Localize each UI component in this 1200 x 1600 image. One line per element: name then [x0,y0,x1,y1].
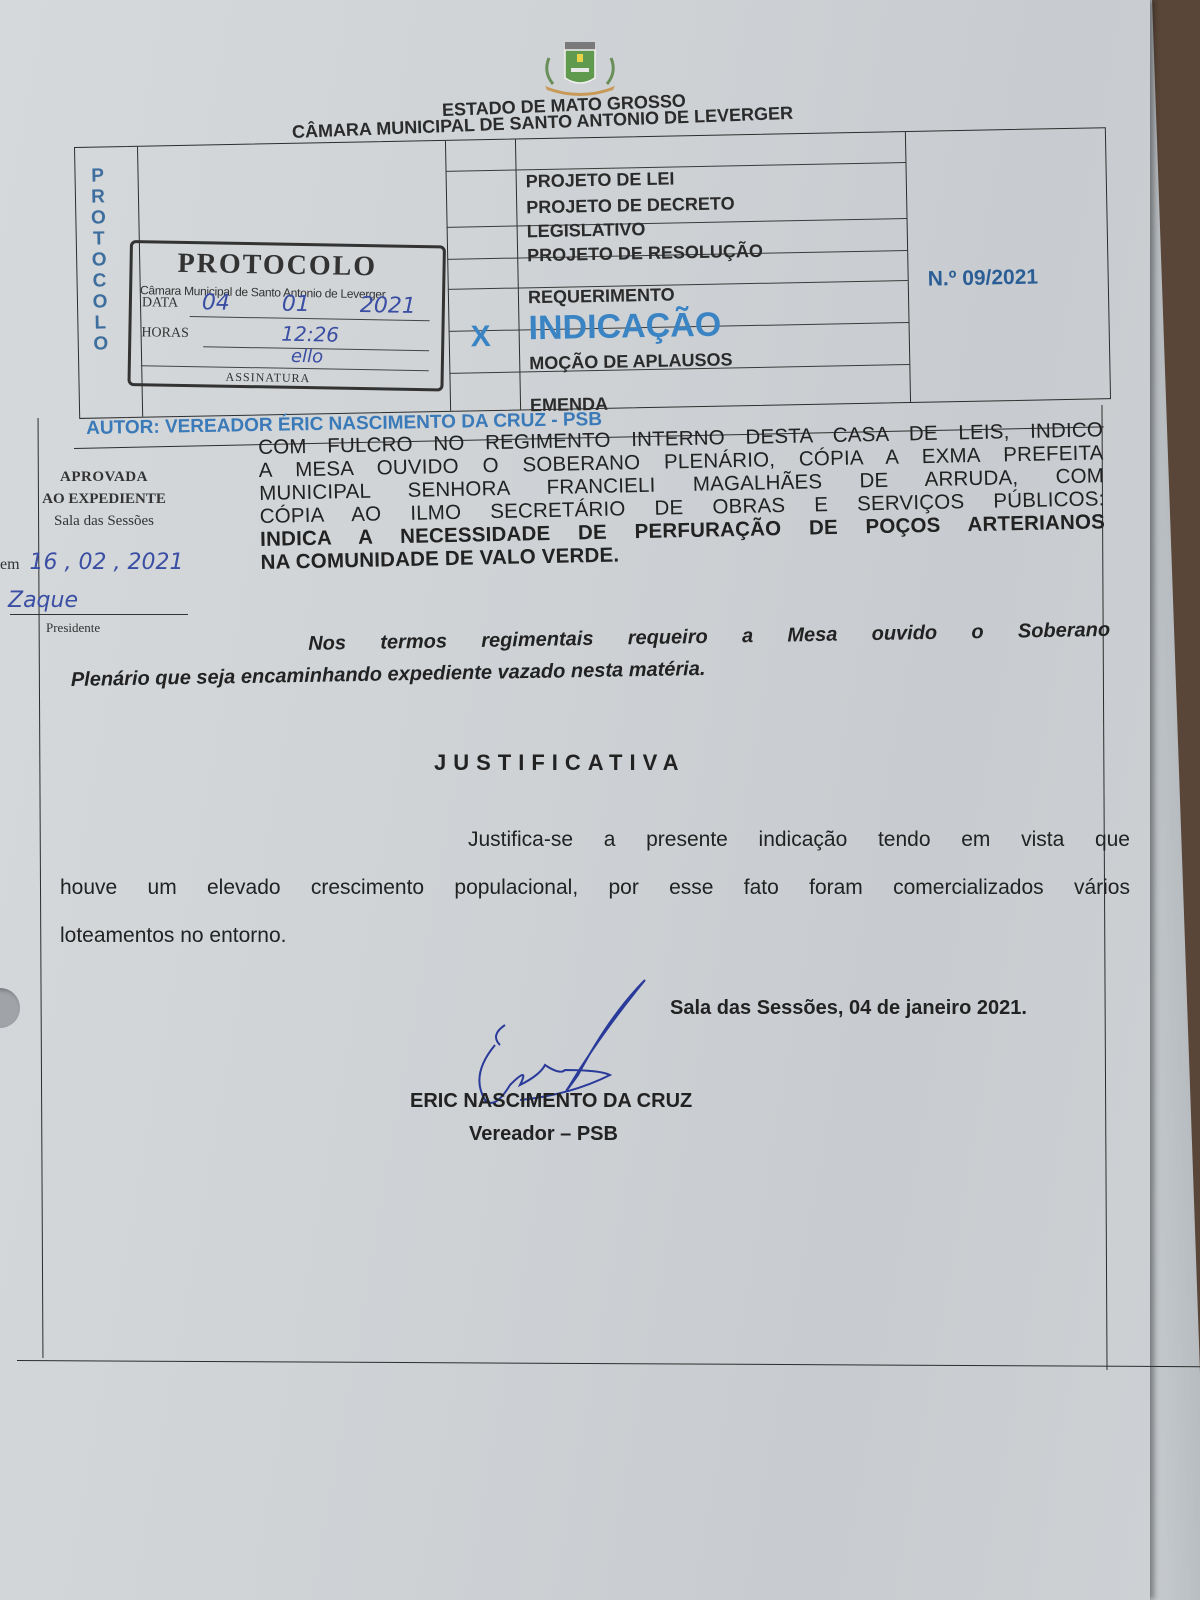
punch-hole [0,988,20,1028]
indication-body: COM FULCRO NO REGIMENTO INTERNO DESTA CA… [258,418,1106,574]
president-signature: Zaque [8,588,78,613]
option-projeto-de-lei: PROJETO DE LEI [526,168,675,192]
option-indicacao-selected: INDICAÇÃO [528,306,721,349]
protocol-stamp: PROTOCOLO Câmara Municipal de Santo Anto… [127,240,445,391]
stamp-hours-value: 12:26 [281,322,339,347]
approval-stamp: APROVADA AO EXPEDIENTE Sala das Sessões [4,466,204,532]
stamp-initials: ello [291,346,323,368]
request-paragraph: Nos termos regimentais requeiro a Mesa o… [70,614,1111,696]
justification-paragraph: Justifica-se a presente indicação tendo … [60,816,1130,960]
stamp-title: PROTOCOLO [177,248,377,283]
option-projeto-de-resolucao: PROJETO DE RESOLUÇÃO [527,241,763,267]
stamp-date-month: 01 [282,292,310,317]
stamp-hours-label: HORAS [141,325,189,342]
stamp-date-year: 2021 [360,293,416,319]
stamp-date-label: DATA [142,295,178,312]
coat-of-arms-icon [535,38,625,98]
document-page: ESTADO DE MATO GROSSO CÂMARA MUNICIPAL D… [0,0,1150,1600]
option-requerimento: REQUERIMENTO [528,284,675,308]
protocolo-vertical-label: PRO TOC OLO [87,165,111,354]
justification-title: JUSTIFICATIVA [434,750,686,776]
option-legislativo: LEGISLATIVO [527,219,646,242]
document-number: N.º 09/2021 [927,266,1038,292]
option-mocao-de-aplausos: MOÇÃO DE APLAUSOS [529,349,733,374]
option-projeto-de-decreto: PROJETO DE DECRETO [526,193,735,218]
stamp-date-day: 04 [202,290,230,315]
signer-role: Vereador – PSB [469,1123,618,1146]
place-and-date: Sala das Sessões, 04 de janeiro 2021. [670,997,1027,1020]
selected-check-mark: X [470,320,491,354]
signer-name: ERIC NASCIMENTO DA CRUZ [410,1090,692,1113]
stamp-signature-label: ASSINATURA [225,370,310,386]
approval-date: em 16 , 02 , 2021 [0,550,177,575]
